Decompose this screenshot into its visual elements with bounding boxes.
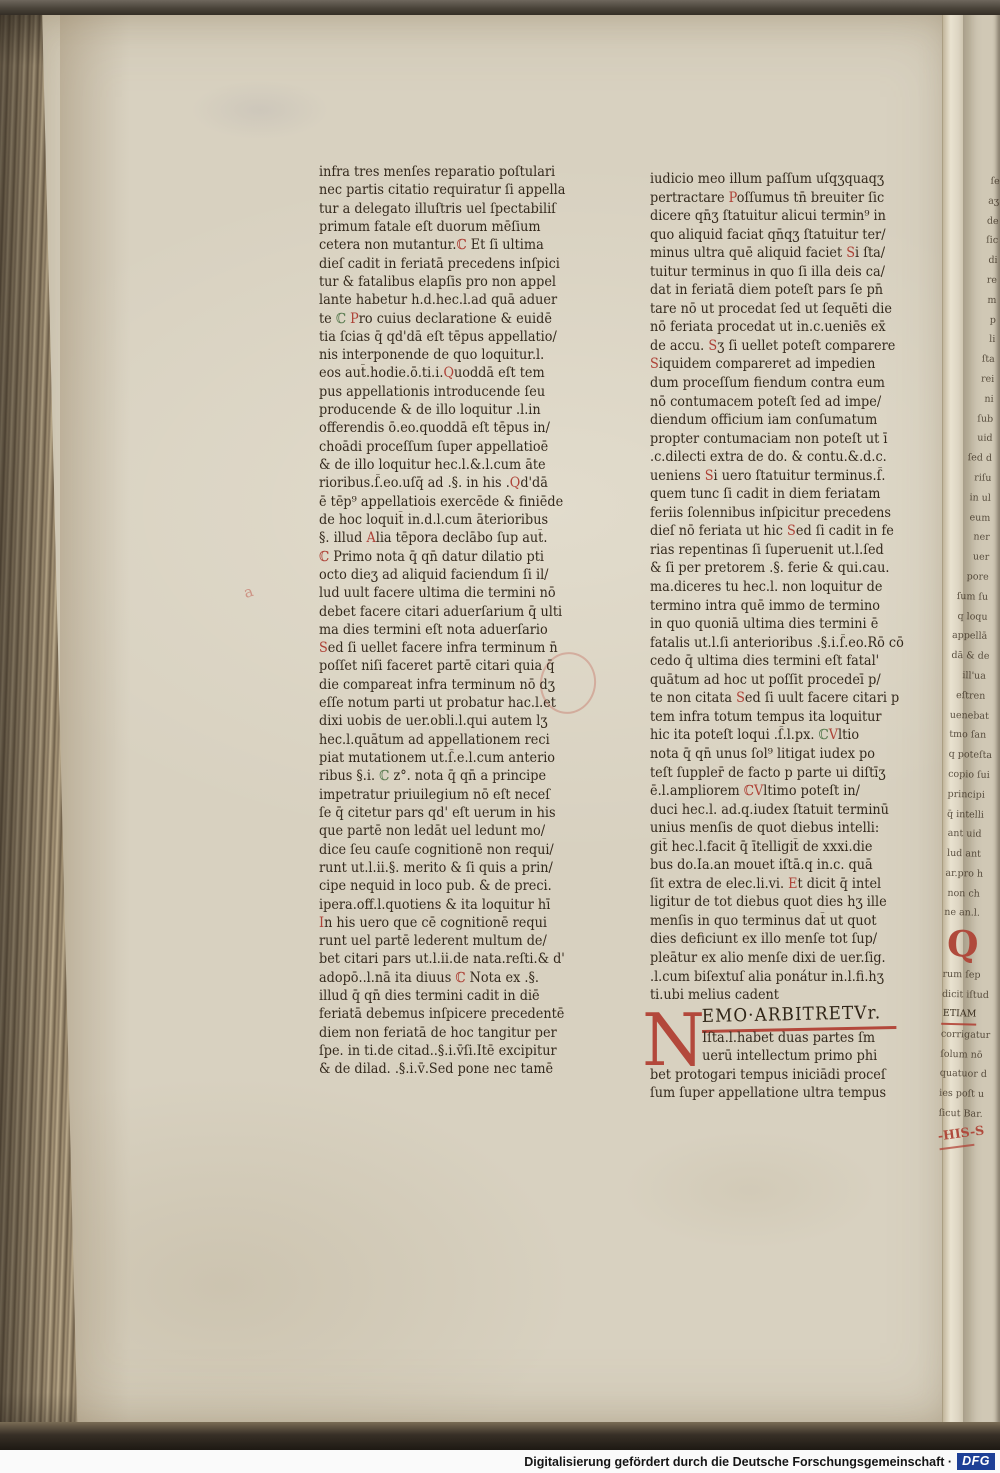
text-line: runt ut.l.ii.§. merito & ſi quis a prin/ [319, 859, 553, 877]
text-line: ligitur de tot diebus quot dies hʒ ille [650, 893, 894, 912]
scan-top-edge [0, 0, 1000, 15]
text-line: nis interponende de quo loquitur.l. [319, 346, 553, 364]
edge-fragment: copio ſui [948, 765, 984, 786]
text-line: §. illud Alia tēpora declābo ſup aut̄. [319, 529, 553, 547]
text-line: .c.dilecti extra de do. & contu.&.d.c. [650, 448, 894, 467]
text-line: ē tēp⁹ appellatiois exercēde & finiēde [319, 493, 553, 511]
text-line: .l.cum biſextuſ alia ponátur in.l.fi.hʒ [650, 968, 894, 987]
text-line: ueniens Si uero ſtatuitur terminus.ſ̄. [650, 467, 894, 486]
edge-fragment: principi [947, 784, 983, 805]
text-line: bet citari pars ut.l.ii.de nata.reſti.& … [319, 950, 553, 968]
edge-fragment: corrigatur [941, 1025, 977, 1046]
text-line: feriis ſolennibus inſpicitur precedens [650, 504, 894, 523]
edge-fragment: li [960, 329, 996, 350]
text-line: eos aut̄.hodie.ō.ti.i.Quoddā eſt tem [319, 364, 553, 382]
footer-bar: Digitalisierung gefördert durch die Deut… [0, 1450, 1000, 1473]
text-line: minus ultra quē aliquid faciet Si ſta/ [650, 244, 894, 263]
text-line: quo aliquid faciat qn̄qʒ ſtatuitur ter/ [650, 226, 894, 245]
edge-fragment: ies poſt u [939, 1084, 975, 1105]
edge-fragment: q̄ intelli [947, 804, 983, 825]
text-line: diendum officium iam conſumatum [650, 411, 894, 430]
edge-fragment: ar.pro h [945, 864, 981, 885]
text-line: ſit extra de elec.li.vi. Et dicit q̄ int… [650, 875, 894, 894]
edge-fragment: q poteſta [948, 745, 984, 766]
text-line: piat mutationem ut.ſ̄.e.l.cum anterio [319, 749, 553, 767]
edge-fragment: ſed d [957, 448, 993, 469]
edge-fragment: in ul [956, 488, 992, 509]
text-line: diem non feriatā de hoc tangitur per [319, 1024, 553, 1042]
text-line: rioribus.ſ̄.eo.uſq̄ ad .§. in his .Qd'dā [319, 474, 553, 492]
edge-fragment: lud ant [946, 844, 982, 865]
text-line: debet facere citari aduerſarium q̄ ulti [319, 603, 553, 621]
text-line: illud q̄ qn̄ dies termini cadit in diē [319, 987, 553, 1005]
text-line: nō contumacem poteſt ſed ad impe/ [650, 393, 894, 412]
edge-fragment: pore [953, 567, 989, 588]
text-line: offerendis ō.eo.quoddā eſt tēpus in/ [319, 419, 553, 437]
edge-fragment: ant uid [946, 824, 982, 845]
edge-fragment: non ch [945, 883, 981, 904]
left-text-column: infra tres menſes reparatio poſtularinec… [319, 163, 571, 1079]
edge-fragment: tmo ſan [949, 725, 985, 746]
edge-fragment: quatuor d [940, 1064, 976, 1085]
edge-fragment: re [962, 270, 998, 291]
edge-fragment: ſub [958, 408, 994, 429]
text-line: quem tunc ſi cadit in diem feriatam [650, 485, 894, 504]
paper-stain [620, 1130, 880, 1250]
text-line: bet protogari tempus iniciādi proceſ [650, 1066, 894, 1085]
text-line: ℂ Primo nota q̄ qn̄ datur dilatio pti [319, 548, 553, 566]
edge-fragment: ſe [964, 171, 1000, 192]
text-line: de accu. Sʒ ſi uellet poteſt comparere [650, 337, 894, 356]
section-heading: EMO·ARBITRETVr. [650, 1005, 894, 1029]
text-line: infra tres menſes reparatio poſtulari [319, 163, 553, 181]
text-line: dice ſeu cauſe cognitionē non requi/ [319, 841, 553, 859]
edge-fragment: rum ſep [942, 965, 978, 986]
edge-fragment: ſolum nō [940, 1044, 976, 1065]
text-line: uerū intellectum primo phi [650, 1047, 894, 1066]
edge-fragment: rei [959, 369, 995, 390]
scan-bottom-shadow [0, 1422, 1000, 1450]
text-line: lud uult facere ultima die termini nō [319, 584, 553, 602]
text-line: adopō..l.nā ita diuus ℂ Nota ex .§. [319, 969, 553, 987]
edge-fragment: ill'ua [951, 666, 987, 687]
text-line: dieſ cadit in feriatā precedens inſpici [319, 255, 553, 273]
edge-fragment: m [961, 290, 997, 311]
text-line: hec.l.quātum ad appellationem reci [319, 731, 553, 749]
edge-fragment: ſta [959, 349, 995, 370]
text-line: ipera.off.l.quotiens & ita loquitur hī [319, 896, 553, 914]
edge-fragment: ETIAM [941, 1005, 977, 1026]
text-line: choādi proceſſum ſuper appellatioē [319, 438, 553, 456]
text-line: git̄ hec.l.facit q̄ ītelligit̄ de xxxi.d… [650, 838, 894, 857]
text-line: tem infra totum tempus ita loquitur [650, 708, 894, 727]
text-line: pus appellationis introducende ſeu [319, 383, 553, 401]
text-line: primum fatale eſt duorum mēſium [319, 218, 553, 236]
text-line: dicere qn̄ʒ ſtatuitur alicui termin⁹ in [650, 207, 894, 226]
edge-fragment: ni [958, 389, 994, 410]
text-line: de hoc loquit̄ in.d.l.cum āterioribus [319, 511, 553, 529]
text-line: dies deficiunt ex illo menſe tot ſup/ [650, 930, 894, 949]
edge-fragment: Q [943, 923, 979, 966]
text-line: cipe nequid in loco pub. & de preci. [319, 877, 553, 895]
dfg-logo: DFG [957, 1453, 995, 1470]
text-line: que partē non ledāt uel ledunt mo/ [319, 822, 553, 840]
text-line: hic ita poteſt loqui .ſ̄.l.px. ℂVltio [650, 726, 894, 745]
edge-fragment: eſtren [950, 686, 986, 707]
edge-fragment: de [963, 211, 999, 232]
edge-fragment: eum [955, 507, 991, 528]
text-line: & ſi per pretorem .§. ferie & qui.cau. [650, 559, 894, 578]
text-line: fatalis ut.l.ſi anterioribus .§.i.ſ̄.eo.… [650, 634, 894, 653]
text-line: dat in feriatā diem poteſt pars ſe pn̄ [650, 281, 894, 300]
text-line: quātum ad hoc ut poſſit procedeī p/ [650, 671, 894, 690]
text-line: propter contumaciam non poteſt ut ī [650, 430, 894, 449]
text-line: & de dilad. .§.i.v̄.Sed pone nec tamē [319, 1060, 553, 1078]
text-line: te non citata Sed ſi uult facere citari … [650, 689, 894, 708]
text-line: poſſet niſi faceret partē citari quia q̄ [319, 657, 553, 675]
edge-fragment: -HIS-S [937, 1122, 975, 1150]
text-line: pleātur ex alio menſe dixi de uer.ſig. [650, 949, 894, 968]
text-line: unius menſis de quot diebus intelli: [650, 819, 894, 838]
text-line: tur & fatalibus elapſis pro non appel [319, 273, 553, 291]
text-line: cedo q̄ ultima dies termini eſt fatal' [650, 652, 894, 671]
text-line: ſum ſuper appellatione ultra tempus [650, 1084, 894, 1103]
edge-fragment: ne an.l. [944, 903, 980, 924]
edge-fragment: di [962, 250, 998, 271]
text-line: ē.l.ampliorem ℂVltimo poteſt in/ [650, 782, 894, 801]
text-line: lante habetur h.d.hec.l.ad quā aduer [319, 291, 553, 309]
text-line: cetera non mutantur.ℂ Et ſi ultima [319, 236, 553, 254]
text-line: dieſ nō feriata ut hic Sed ſi cadit in f… [650, 522, 894, 541]
text-line: menſis in quo terminus dat̄ ut quot [650, 912, 894, 931]
edge-fragment: aʒ [964, 191, 1000, 212]
text-line: nō feriata procedat ut in.c.ueniēs ex̄ [650, 318, 894, 337]
text-line: pertractare Poſſumus tn̄ breuiter ſic [650, 189, 894, 208]
text-line: impetratur priuilegium nō eſt neceſ [319, 786, 553, 804]
text-line: tur a delegato illuſtris uel ſpectabiliſ [319, 200, 553, 218]
text-line: die compareat infra terminum nō dʒ [319, 676, 553, 694]
text-line: tuitur terminus in quo ſi illa deis ca/ [650, 263, 894, 282]
edge-fragment: uer [954, 547, 990, 568]
text-line: dum proceſſum fiendum contra eum [650, 374, 894, 393]
text-line: ma dies termini eſt nota aduerſario [319, 621, 553, 639]
edge-fragment: ſum ſu [953, 587, 989, 608]
text-line: dixi uobis de uer.obli.l.qui autem lʒ [319, 712, 553, 730]
text-line: Siquidem compareret ad impedien [650, 355, 894, 374]
digitization-credit-text: Digitalisierung gefördert durch die Deut… [524, 1455, 952, 1469]
text-line: octo dieʒ ad aliquid faciendum ſi il/ [319, 566, 553, 584]
text-line: te ℂ Pro cuius declaratione & euidē [319, 310, 553, 328]
edge-fragment: riſu [956, 468, 992, 489]
paper-stain [190, 80, 330, 140]
edge-fragment: dicit iſtud [942, 985, 978, 1006]
edge-fragment: ſic [963, 230, 999, 251]
text-line: rias repentinas ſi ſuperuenit ut.l.ſed [650, 541, 894, 560]
edge-fragment: dā & de [951, 646, 987, 667]
text-line: producende & de illo loquitur .l.in [319, 401, 553, 419]
text-line: duci hec.l. ad.q.iudex ſtatuit terminū [650, 801, 894, 820]
text-line: runt uel partē lederent multum de/ [319, 932, 553, 950]
text-line: tare nō ut procedat ſed ut ſequēti die [650, 300, 894, 319]
text-line: bus do.Ia.an mouet iſtā.q in.c. quā [650, 856, 894, 875]
text-line: ſe q̄ citetur pars qd' eſt uerum in his [319, 804, 553, 822]
text-line: nota q̄ qn̄ unus ſol⁹ litigat iudex po [650, 745, 894, 764]
text-line: ribus §.i. ℂ z°. nota q̄ qn̄ a principe [319, 767, 553, 785]
text-line: teſt ſuppler̄ de facto p parte ui diſtīʒ [650, 764, 894, 783]
text-line: Sed ſi uellet facere infra terminum n̄ [319, 639, 553, 657]
edge-fragment: ner [955, 527, 991, 548]
edge-fragment: uenebat [950, 705, 986, 726]
text-line: & de illo loquitur hec.l.&.l.cum āte [319, 456, 553, 474]
edge-fragment: appellā [952, 626, 988, 647]
edge-fragment: uid [957, 428, 993, 449]
text-line: Iſta.l.habet duas partes ſm [650, 1029, 894, 1048]
text-line: tia ſcias q̄ qd'dā eſt tēpus appellatio/ [319, 328, 553, 346]
text-line: feriatā debemus inſpicere precedentē [319, 1005, 553, 1023]
right-text-column: iudicio meo illum paſſum uſqʒquaqʒpertra… [650, 170, 912, 1103]
text-line: ſpe. in ti.de citad..§.i.v̄ſi.Itē excipi… [319, 1042, 553, 1060]
text-line: eſſe notum parti ut probatur hac.l.et [319, 694, 553, 712]
text-line: ma.diceres tu hec.l. non loquitur de [650, 578, 894, 597]
edge-fragment: p [961, 310, 997, 331]
text-line: termino intra quē immo de termino [650, 597, 894, 616]
edge-fragment: q loqu [952, 606, 988, 627]
text-line: In his uero que cē cognitionē requi [319, 914, 553, 932]
text-line: in quo quoniā ultima dies termini ē [650, 615, 894, 634]
text-line: nec partis citatio requiratur ſi appella [319, 181, 553, 199]
nemo-arbitretur-section: NEMO·ARBITRETVr.Iſta.l.habet duas partes… [650, 1005, 912, 1103]
text-line: iudicio meo illum paſſum uſqʒquaqʒ [650, 170, 894, 189]
